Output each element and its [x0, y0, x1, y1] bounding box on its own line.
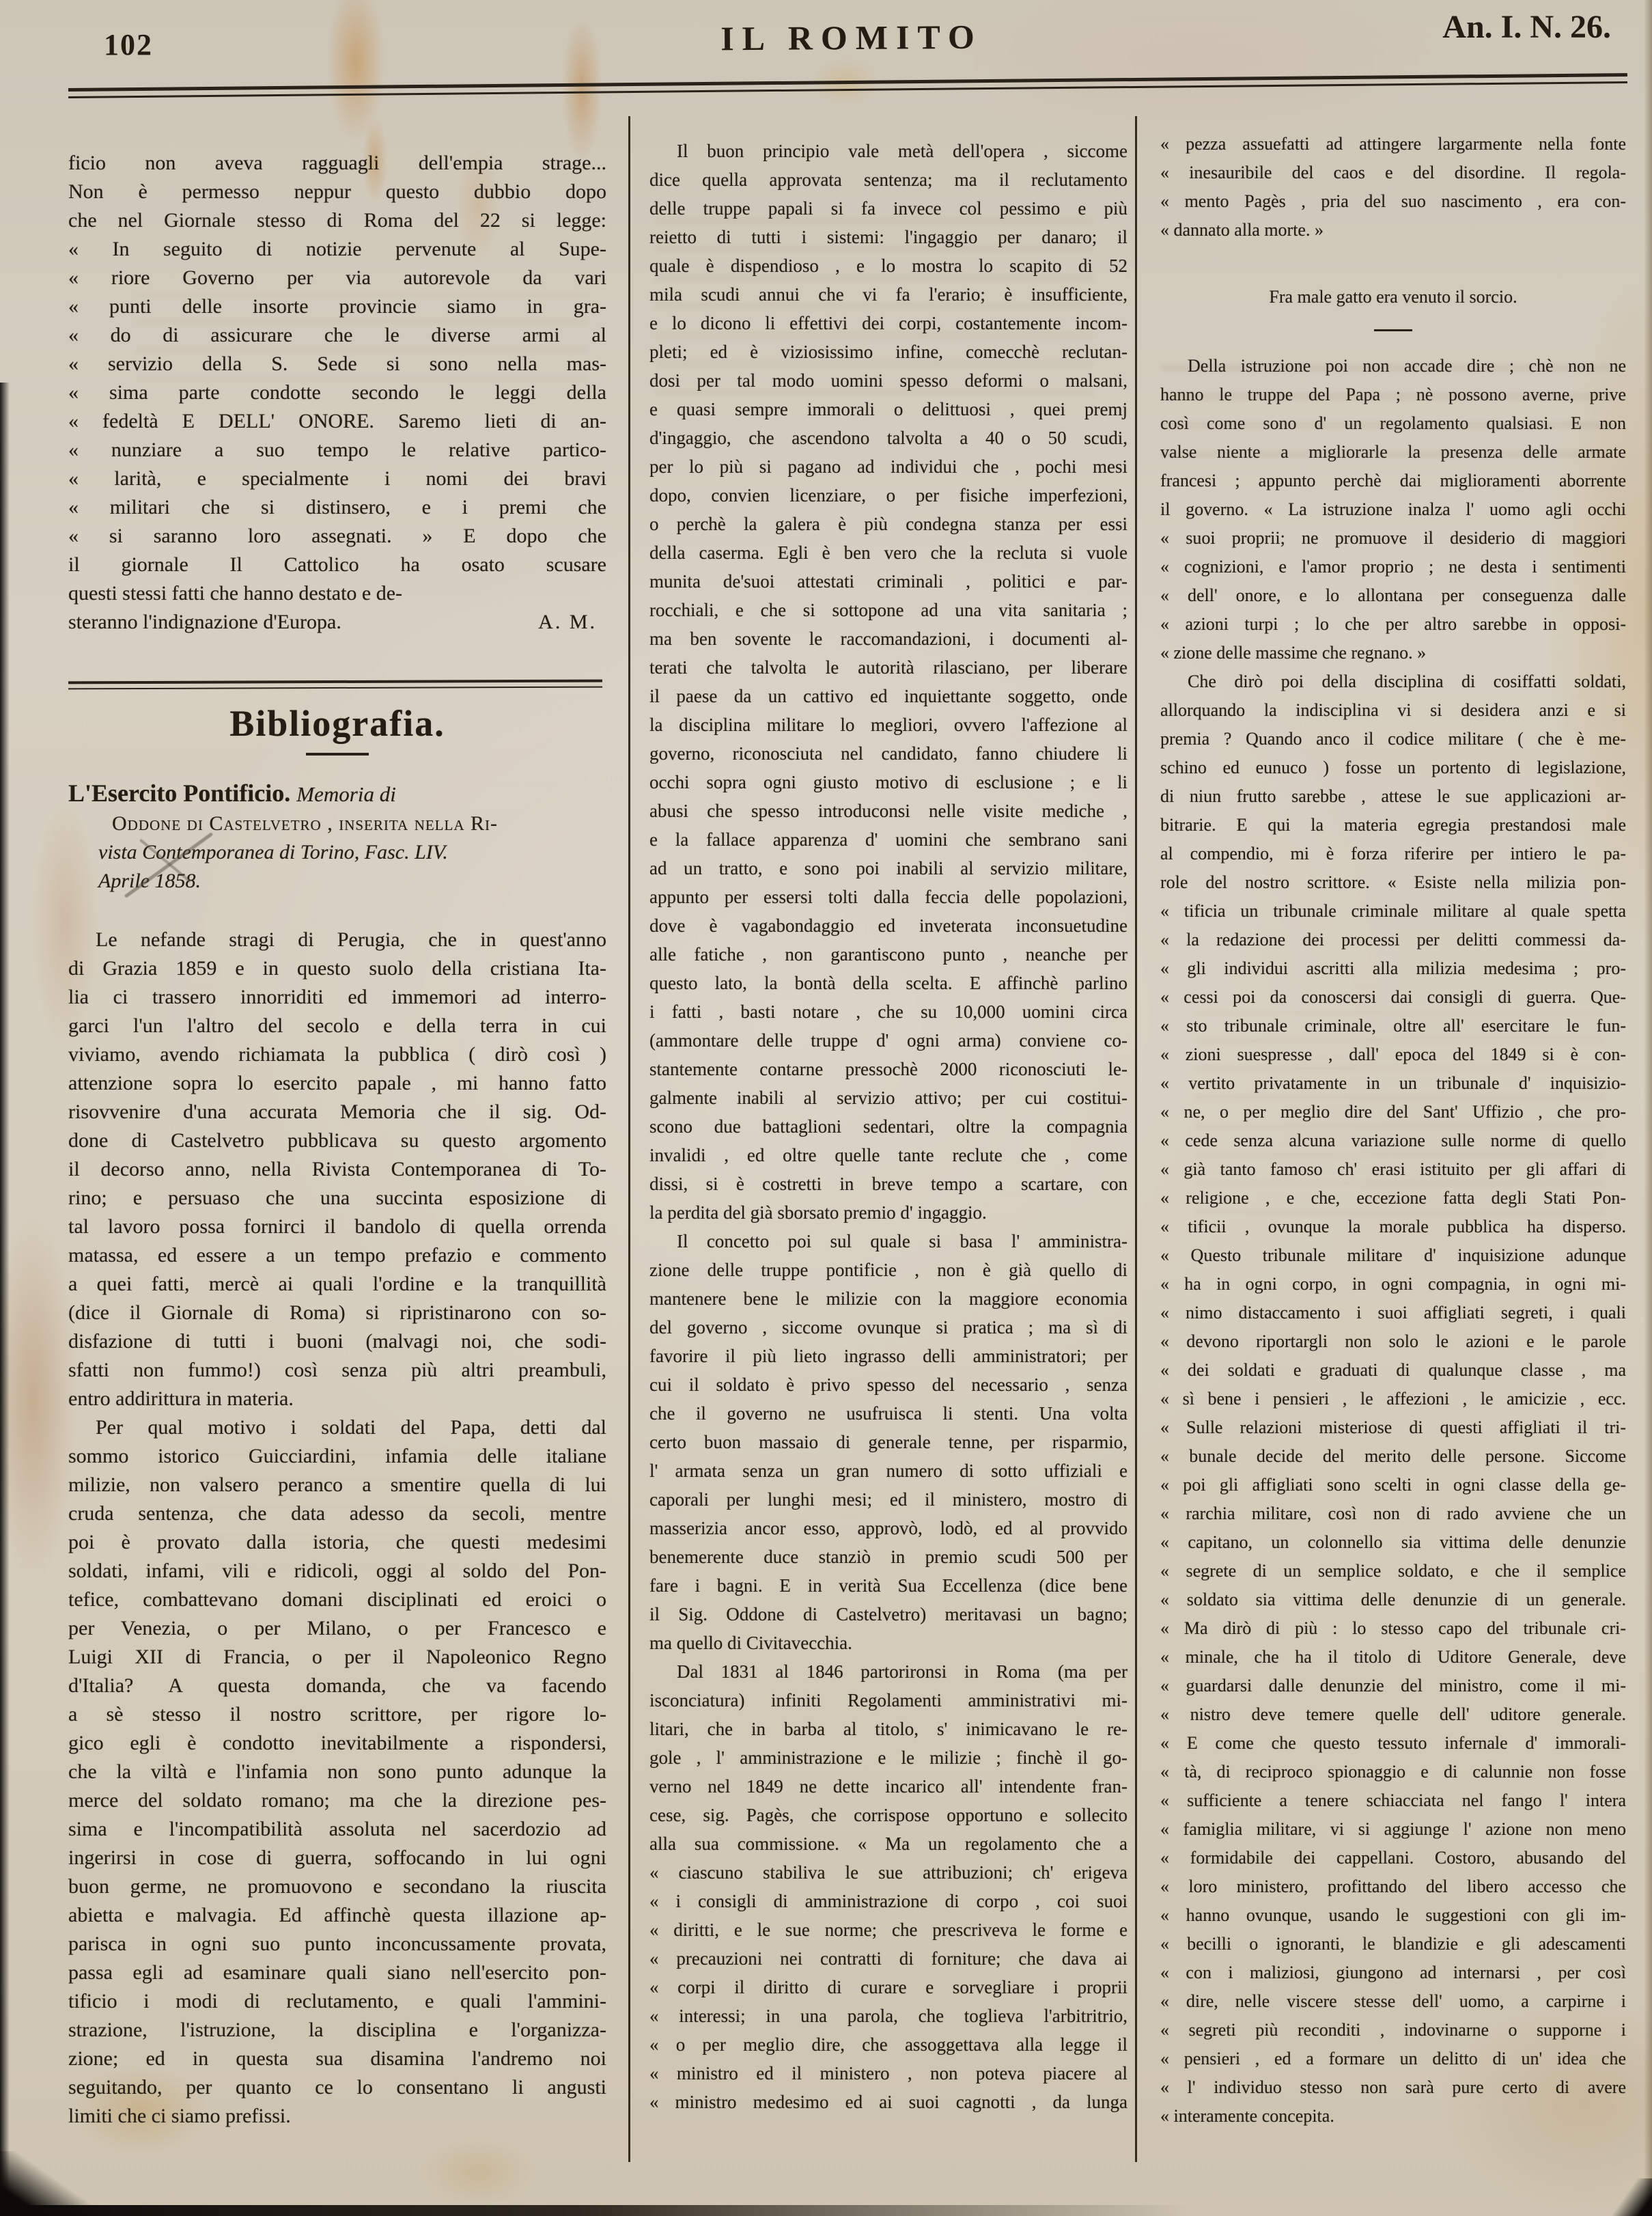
text-line: « larità, e specialmente i nomi dei brav…	[68, 465, 606, 493]
text-line: « cognizioni, e l'amor proprio ; ne dest…	[1160, 553, 1626, 581]
text-line: delle truppe papali si fa invece col pes…	[649, 194, 1128, 223]
text-line: milizie, non valsero peranco a smentire …	[68, 1471, 606, 1499]
text-line: lia ci trassero innorriditi ed immemori …	[68, 983, 606, 1012]
text-line: « si saranno loro assegnati. » E dopo ch…	[68, 522, 606, 551]
text-line: scono due battaglioni sedentari, oltre l…	[649, 1112, 1128, 1141]
text-line: « devono riportargli non solo le azioni …	[1160, 1327, 1626, 1356]
text-line: d'Italia? A questa domanda, che va facen…	[68, 1672, 606, 1700]
text-line: ingerirsi in cose di guerra, soffocando …	[68, 1844, 606, 1872]
text-line: il Sig. Oddone di Castelvetro) meritavas…	[649, 1600, 1128, 1629]
text-line: il paese da un cattivo ed inquiettante s…	[649, 682, 1128, 710]
article-title-lead: L'Esercito Pontificio.	[68, 779, 296, 807]
text-columns: ficio non aveva ragguagli dell'empia str…	[68, 116, 1636, 2162]
text-line: soldati, infami, vili e ridicoli, oggi a…	[68, 1557, 606, 1585]
text-line: « loro ministero, profittando del libero…	[1160, 1872, 1626, 1901]
text-line: « cessi poi da conoscersi dai consigli d…	[1160, 983, 1626, 1012]
author-initials: A. M.	[538, 608, 606, 637]
text-line: Il concetto poi sul quale si basa l' amm…	[649, 1227, 1128, 1256]
paragraph: ficio non aveva ragguagli dell'empia str…	[68, 149, 606, 608]
text-line: del governo , siccome ovunque si pratica…	[649, 1313, 1128, 1342]
text-line: dove è vagabondaggio ed inveterata incon…	[649, 911, 1128, 940]
title-line: Oddone di Castelvetro , inserita nella R…	[68, 809, 606, 838]
text-line: « tificii , ovunque la morale pubblica h…	[1160, 1213, 1626, 1241]
text-line: « ne, o per meglio dire del Sant' Uffizi…	[1160, 1098, 1626, 1126]
text-line: « becilli o ignoranti, le blandizie e gl…	[1160, 1930, 1626, 1958]
text-line: occhi sopra ogni giusto motivo di esclus…	[649, 768, 1128, 797]
issue-number: An. I. N. 26.	[1442, 8, 1611, 46]
text-line: l' armata senza un gran numero di sotto …	[649, 1456, 1128, 1485]
newspaper-page: 102 IL ROMITO An. I. N. 26. ficio non av…	[0, 0, 1652, 2216]
text-line: « suoi proprii; ne promuove il desiderio…	[1160, 524, 1626, 553]
page-header: 102 IL ROMITO An. I. N. 26.	[68, 0, 1634, 120]
text-line: dissi, si è costretti in breve tempo a s…	[649, 1169, 1128, 1198]
text-line: benemerente duce stanziò in premio scudi…	[649, 1542, 1128, 1571]
text-line: « bunale decide del merito delle persone…	[1160, 1442, 1626, 1471]
text-line: i fatti , basti notare , che su 10,000 u…	[649, 997, 1128, 1026]
text-line: la perdita del già sborsato premio d' in…	[649, 1198, 1128, 1227]
text-line: di Grazia 1859 e in questo suolo della c…	[68, 954, 606, 983]
text-line: « l' individuo stesso non sarà pure cert…	[1160, 2073, 1626, 2102]
text-line: « inesauribile del caos e del disordine.…	[1160, 158, 1626, 187]
text-line: fare i bagni. E in verità Sua Eccellenza…	[649, 1571, 1128, 1600]
text-line: isconciatura) infiniti Regolamenti ammin…	[649, 1686, 1128, 1715]
text-line: Dal 1831 al 1846 partorironsi in Roma (m…	[649, 1657, 1128, 1686]
proverb-line: Fra male gatto era venuto il sorcio.	[1160, 283, 1626, 311]
paragraph: Della istruzione poi non accade dire ; c…	[1160, 352, 1626, 667]
text-line: garci l'un l'altro del secolo e della te…	[68, 1012, 606, 1040]
text-line: passa egli ad esaminare quali siano nell…	[68, 1958, 606, 1987]
section-divider-double-rule	[68, 680, 602, 690]
text-line: la disciplina militare lo megliori, ovve…	[649, 710, 1128, 739]
text-line: role del nostro scrittore. « Esiste nell…	[1160, 868, 1626, 897]
title-line: L'Esercito Pontificio. Memoria di	[68, 779, 606, 809]
text-line: per lo più si pagano ad individui che , …	[649, 452, 1128, 481]
text-line: Per qual motivo i soldati del Papa, dett…	[68, 1413, 606, 1442]
column-1: ficio non aveva ragguagli dell'empia str…	[68, 116, 628, 2162]
paragraph: Dal 1831 al 1846 partorironsi in Roma (m…	[649, 1657, 1128, 2116]
text-line: gico egli è condotto inevitabilmente a r…	[68, 1729, 606, 1758]
text-line: « la redazione dei processi per delitti …	[1160, 926, 1626, 954]
text-line: dice quella approvata sentenza; ma il re…	[649, 165, 1128, 194]
text-line: « già tanto famoso ch' erasi istituito p…	[1160, 1155, 1626, 1184]
text-line: il governo. « La istruzione inalza l' uo…	[1160, 495, 1626, 524]
text-line: steranno l'indignazione d'Europa.	[68, 608, 341, 637]
text-line: « i consigli di amministrazione di corpo…	[649, 1887, 1128, 1915]
text-line: cese, sig. Pagès, che corrispose opportu…	[649, 1801, 1128, 1829]
text-line: done di Castelvetro pubblicava su questo…	[68, 1126, 606, 1155]
text-line: allorquando la indisciplina vi si deside…	[1160, 696, 1626, 725]
text-line: « In seguito di notizie pervenute al Sup…	[68, 235, 606, 264]
text-line: « punti delle insorte provincie siamo in…	[68, 292, 606, 321]
text-line: masserizia ancor esso, approvò, lodò, ed…	[649, 1514, 1128, 1542]
text-line: rocchiali, e che si sottopone ad una vit…	[649, 596, 1128, 624]
text-line: « poi gli affigliati sono scelti in ogni…	[1160, 1471, 1626, 1499]
text-line: « dannato alla morte. »	[1160, 216, 1626, 245]
signature-line: steranno l'indignazione d'Europa.A. M.	[68, 608, 606, 637]
ornament-dash	[1374, 329, 1412, 331]
text-line: e quasi sempre immorali o delittuosi , q…	[649, 395, 1128, 424]
text-line: Non è permesso neppur questo dubbio dopo	[68, 178, 606, 206]
text-line: galmente inabili al servizio attivo; per…	[649, 1083, 1128, 1112]
text-line: questo lato, la bontà della scelta. E af…	[649, 969, 1128, 997]
text-line: tal lavoro possa fornirci il bandolo di …	[68, 1213, 606, 1241]
text-line: valse niente a migliorarle la presenza d…	[1160, 438, 1626, 467]
text-line: « do di assicurare che le diverse armi a…	[68, 321, 606, 350]
page-edge-bottom	[0, 2205, 1652, 2216]
text-line: entro addirittura in materia.	[68, 1385, 606, 1413]
text-line: « nunziare a suo tempo le relative parti…	[68, 436, 606, 465]
text-line: « dei soldati e graduati di qualunque cl…	[1160, 1356, 1626, 1385]
paragraph: Il concetto poi sul quale si basa l' amm…	[649, 1227, 1128, 1657]
text-line: Luigi XII di Francia, o per il Napoleoni…	[68, 1643, 606, 1672]
text-line: ad un tratto, e sono poi inabili al serv…	[649, 854, 1128, 883]
text-line: verno nel 1849 ne dette incarico all' in…	[649, 1772, 1128, 1801]
text-line: « nimo distaccamento i suoi affigliati s…	[1160, 1299, 1626, 1327]
text-line: Che dirò poi della disciplina di cosiffa…	[1160, 667, 1626, 696]
paragraph: « pezza assuefatti ad attingere largarme…	[1160, 130, 1626, 245]
text-line: « nistro deve temere quelle dell' uditor…	[1160, 1700, 1626, 1729]
text-line: e la fallace apparenza d' uomini che sem…	[649, 825, 1128, 854]
paragraph: Che dirò poi della disciplina di cosiffa…	[1160, 667, 1626, 2131]
text-line: certo buon massaio di generale tenne, pe…	[649, 1428, 1128, 1456]
text-line: mila scudi annui che vi fa l'erario; è i…	[649, 280, 1128, 309]
text-line: a quei fatti, mercè ai quali l'ordine e …	[68, 1270, 606, 1299]
text-line: o perchè la galera è più condegna stanza…	[649, 510, 1128, 538]
text-line: « tificia un tribunale criminale militar…	[1160, 897, 1626, 926]
text-line: « capitano, un colonnello sia vittima de…	[1160, 1528, 1626, 1557]
page-corner-bottom-right	[1587, 2178, 1652, 2216]
text-line: al compendio, mi è forza riferire per in…	[1160, 840, 1626, 868]
text-line: rino; e persuaso che una succinta esposi…	[68, 1184, 606, 1213]
text-line: « zioni suespresse , dall' epoca del 184…	[1160, 1040, 1626, 1069]
text-line: « Sulle relazioni misteriose di questi a…	[1160, 1413, 1626, 1442]
text-line: tefice, combattevano domani disciplinati…	[68, 1585, 606, 1614]
text-line: schino ed eunuco ) fosse un portento di …	[1160, 753, 1626, 782]
masthead-title: IL ROMITO	[720, 17, 983, 59]
text-line: « cede senza alcuna variazione sulle nor…	[1160, 1126, 1626, 1155]
text-line: « ciascuno stabiliva le sue attribuzioni…	[649, 1858, 1128, 1887]
text-line: e lo dicono li effettivi dei corpi, cost…	[649, 309, 1128, 337]
text-line: appunto per essersi tolti dalla feccia d…	[649, 883, 1128, 911]
text-line: « segreti più reconditi , indovinarne o …	[1160, 2016, 1626, 2045]
text-line: zione; ed in questa sua disamina l'andre…	[68, 2045, 606, 2073]
text-line: « ministro medesimo ed ai suoi cagnotti …	[649, 2088, 1128, 2116]
text-line: di niun frutto sarebbe , attese le sue a…	[1160, 782, 1626, 811]
text-line: « diritti, e le sue norme; che prescrive…	[649, 1915, 1128, 1944]
text-line: litari, che in barba al titolo, s' inimi…	[649, 1715, 1128, 1743]
paragraph: Il buon principio vale metà dell'opera ,…	[649, 137, 1128, 1227]
text-line: « zione delle massime che regnano. »	[1160, 639, 1626, 667]
title-line: vista Contemporanea di Torino, Fasc. LIV…	[68, 838, 606, 867]
text-line: Della istruzione poi non accade dire ; c…	[1160, 352, 1626, 380]
text-line: dopo, convien licenziare, o per fisiche …	[649, 481, 1128, 510]
page-edge-left	[0, 383, 10, 2216]
text-line: questi stessi fatti che hanno destato e …	[68, 579, 606, 608]
text-line: d'ingaggio, che ascendono talvolta a 40 …	[649, 424, 1128, 452]
text-line: limiti che ci siamo prefissi.	[68, 2102, 606, 2131]
text-line: « militari che si distinsero, e i premi …	[68, 493, 606, 522]
text-line: (ammontare delle truppe d' ogni arma) co…	[649, 1026, 1128, 1055]
text-line: mantenere bene le milizie con la maggior…	[649, 1284, 1128, 1313]
text-line: per Venezia, o per Milano, o per Frances…	[68, 1614, 606, 1643]
paragraph: Per qual motivo i soldati del Papa, dett…	[68, 1413, 606, 2131]
text-line: munita de'suoi attestati criminali , pol…	[649, 567, 1128, 596]
text-line: così come sono d' un regolamento qualsia…	[1160, 409, 1626, 438]
text-line: « ministro ed il ministero , non poteva …	[649, 2059, 1128, 2088]
text-line: strazione, l'istruzione, la disciplina e…	[68, 2016, 606, 2045]
column-3: « pezza assuefatti ad attingere largarme…	[1135, 116, 1636, 2162]
text-line: che la viltà e l'infamia non sono punto …	[68, 1758, 606, 1786]
text-line: sima e l'incompatibilità assoluta nel sa…	[68, 1815, 606, 1844]
title-line: Aprile 1858.	[68, 867, 606, 896]
column-2: Il buon principio vale metà dell'opera ,…	[628, 116, 1135, 2162]
text-line: seguitando, per quanto ce lo consentano …	[68, 2073, 606, 2102]
paragraph: Le nefande stragi di Perugia, che in que…	[68, 926, 606, 1413]
text-line: caporali per lunghi mesi; ed il minister…	[649, 1485, 1128, 1514]
text-line: « segrete di un semplice soldato, e che …	[1160, 1557, 1626, 1585]
article-title-subtitle: Memoria di	[296, 782, 396, 806]
text-line: « o per meglio dire, che assoggettava al…	[649, 2030, 1128, 2059]
page-number: 102	[104, 27, 153, 62]
text-line: parisca in ogni suo punto inconcussament…	[68, 1930, 606, 1958]
text-line: « pensieri , ed a formare un delitto di …	[1160, 2045, 1626, 2073]
text-line: « hanno ovunque, usando le suggestioni c…	[1160, 1901, 1626, 1930]
text-line: « con i maliziosi, giungono ad internars…	[1160, 1958, 1626, 1987]
text-line: « sì bene i pensieri , le affezioni , le…	[1160, 1385, 1626, 1413]
text-line: poi è provato dalla istoria, che questi …	[68, 1528, 606, 1557]
text-line: (dice il Giornale di Roma) si ripristina…	[68, 1299, 606, 1327]
text-line: quale è dispendioso , e lo mostra lo sca…	[649, 251, 1128, 280]
text-line: « rarchia militare, così non di rado avv…	[1160, 1499, 1626, 1528]
text-line: governo, riconosciuta nel candidato, fan…	[649, 739, 1128, 768]
text-line: ficio non aveva ragguagli dell'empia str…	[68, 149, 606, 178]
text-line: sommo istorico Guicciardini, infamia del…	[68, 1442, 606, 1471]
text-line: « pezza assuefatti ad attingere largarme…	[1160, 130, 1626, 158]
section-heading: Bibliografia.	[68, 709, 606, 738]
text-line: « ha in ogni corpo, in ogni compagnia, i…	[1160, 1270, 1626, 1299]
text-line: pleti; ed è viziosissimo infine, comecch…	[649, 337, 1128, 366]
text-line: invalidi , ed oltre quelle tante reclute…	[649, 1141, 1128, 1169]
text-line: « Questo tribunale militare d' inquisizi…	[1160, 1241, 1626, 1270]
text-line: abusi che spesso introduconsi nelle visi…	[649, 797, 1128, 825]
text-line: gole , l' amministrazione e le milizie ;…	[649, 1743, 1128, 1772]
text-line: hanno le truppe del Papa ; nè possono av…	[1160, 380, 1626, 409]
text-line: « corpi il diritto di curare e sorveglia…	[649, 1973, 1128, 2002]
text-line: disfazione di tutti i buoni (malvagi noi…	[68, 1327, 606, 1356]
text-line: reietto di tutti i sistemi: l'ingaggio p…	[649, 223, 1128, 251]
text-line: abietta e malvagia. Ed affinchè questa i…	[68, 1901, 606, 1930]
page-edge-right	[1644, 0, 1652, 2216]
text-line: viviamo, avendo richiamata la pubblica (…	[68, 1040, 606, 1069]
text-line: buon germe, ne promuovono e secondano la…	[68, 1872, 606, 1901]
text-line: ma quello di Civitavecchia.	[649, 1629, 1128, 1657]
text-line: cruda sentenza, che data adesso da secol…	[68, 1499, 606, 1528]
text-line: « precauzioni nei contratti di forniture…	[649, 1944, 1128, 1973]
text-line: « dire, nelle viscere stesse dell' uomo,…	[1160, 1987, 1626, 2016]
text-line: tificio i modi di reclutamento, e quali …	[68, 1987, 606, 2016]
text-line: che nel Giornale stesso di Roma del 22 s…	[68, 206, 606, 235]
text-line: « interessi; in una parola, che toglieva…	[649, 2002, 1128, 2030]
text-line: « dell' onore, e lo allontana per conseg…	[1160, 581, 1626, 610]
text-line: della caserma. Egli è ben vero che la re…	[649, 538, 1128, 567]
text-line: premia ? Quando anco il codice militare …	[1160, 725, 1626, 753]
text-line: Il buon principio vale metà dell'opera ,…	[649, 137, 1128, 165]
text-line: zione delle truppe pontificie , non è gi…	[649, 1256, 1128, 1284]
text-line: « minale, che ha il titolo di Uditore Ge…	[1160, 1643, 1626, 1672]
text-line: « Ma dirò di più : lo stesso capo del tr…	[1160, 1614, 1626, 1643]
text-line: « vertito privatamente in un tribunale d…	[1160, 1069, 1626, 1098]
ornament-dash	[306, 753, 369, 756]
text-line: sfatti non fummo!) così senza più altri …	[68, 1356, 606, 1385]
text-line: « sto tribunale criminale, oltre all' es…	[1160, 1012, 1626, 1040]
text-line: « guardarsi dalle denunzie del ministro,…	[1160, 1672, 1626, 1700]
text-line: « sufficiente a tenere schiacciata nel f…	[1160, 1786, 1626, 1815]
text-line: « soldato sia vittima delle denunzie di …	[1160, 1585, 1626, 1614]
text-line: cui il soldato è privo spesso del necess…	[649, 1370, 1128, 1399]
text-line: « gli individui ascritti alla milizia me…	[1160, 954, 1626, 983]
text-line: « tà, di reciproco spionaggio e di calun…	[1160, 1758, 1626, 1786]
text-line: « servizio della S. Sede si sono nella m…	[68, 350, 606, 378]
text-line: francesi ; appunto perchè dai migliorame…	[1160, 467, 1626, 495]
text-line: risovvenire d'una accurata Memoria che i…	[68, 1098, 606, 1126]
text-line: attenzione sopra lo esercito papale , mi…	[68, 1069, 606, 1098]
text-line: bitrarie. E qui la materia egregia prest…	[1160, 811, 1626, 840]
text-line: matassa, ed essere a un tempo prefazio e…	[68, 1241, 606, 1270]
text-line: Le nefande stragi di Perugia, che in que…	[68, 926, 606, 954]
text-line: « fedeltà E DELL' ONORE. Saremo lieti di…	[68, 407, 606, 436]
text-line: che il governo ne usufruisca li stenti. …	[649, 1399, 1128, 1428]
text-line: « religione , e che, eccezione fatta deg…	[1160, 1184, 1626, 1213]
header-double-rule	[68, 73, 1627, 98]
text-line: alla sua commissione. « Ma un regolament…	[649, 1829, 1128, 1858]
text-line: dosi per tal modo uomini spesso deformi …	[649, 366, 1128, 395]
text-line: « sima parte condotte secondo le leggi d…	[68, 378, 606, 407]
text-line: « azioni turpi ; lo che per altro sarebb…	[1160, 610, 1626, 639]
text-line: « mento Pagès , pria del suo nascimento …	[1160, 187, 1626, 216]
text-line: terati che talvolta le autorità rilascia…	[649, 653, 1128, 682]
article-title: L'Esercito Pontificio. Memoria diOddone …	[68, 779, 606, 896]
page-corner-bottom-left	[0, 2151, 143, 2216]
text-line: ma ben sovente le raccomandazioni, i doc…	[649, 624, 1128, 653]
text-line: « riore Governo per via autorevole da va…	[68, 264, 606, 292]
text-line: « famiglia militare, vi si aggiunge l' a…	[1160, 1815, 1626, 1844]
text-line: stantemente contarne pressochè 2000 rico…	[649, 1055, 1128, 1083]
text-line: merce del soldato romano; ma che la dire…	[68, 1786, 606, 1815]
text-line: « E come che questo tessuto infernale d'…	[1160, 1729, 1626, 1758]
text-line: il giornale Il Cattolico ha osato scusar…	[68, 551, 606, 579]
text-line: il decorso anno, nella Rivista Contempor…	[68, 1155, 606, 1184]
text-line: « interamente concepita.	[1160, 2102, 1626, 2131]
text-line: « formidabile dei cappellani. Costoro, a…	[1160, 1844, 1626, 1872]
text-line: alle fatiche , non garantiscono punto , …	[649, 940, 1128, 969]
text-line: a sè stesso il nostro scrittore, per rig…	[68, 1700, 606, 1729]
text-line: favorire il più lieto ingrasso delli amm…	[649, 1342, 1128, 1370]
